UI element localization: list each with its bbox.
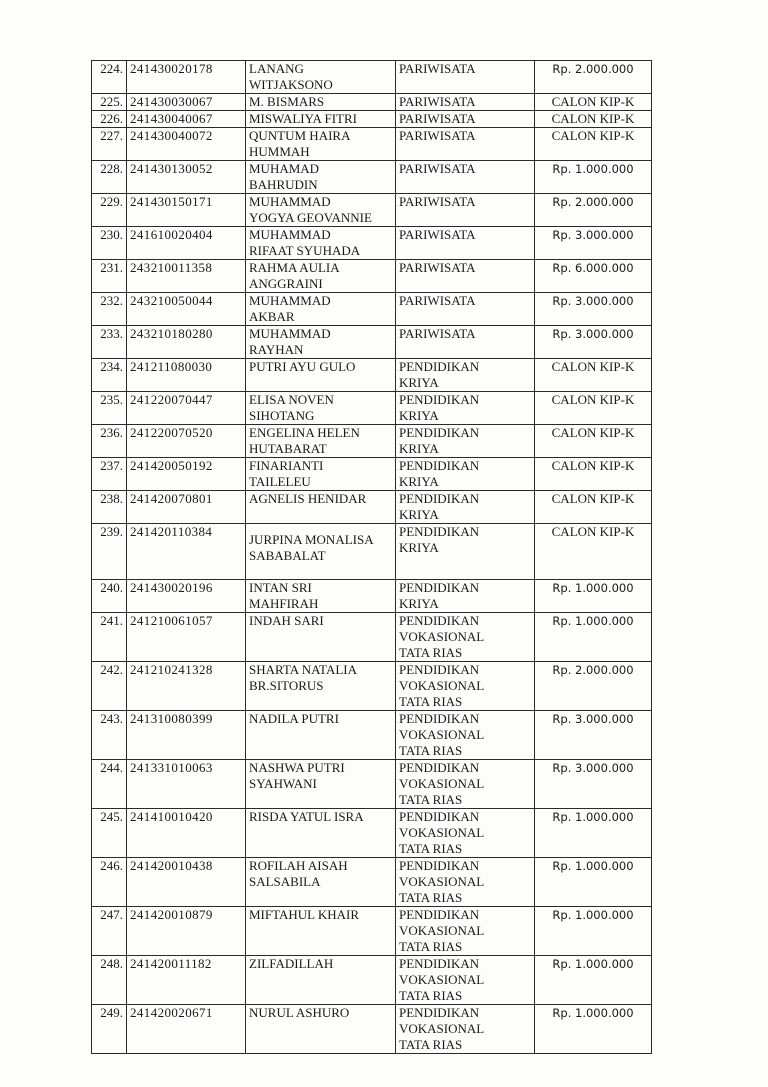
student-name-line: RAYHAN: [249, 342, 392, 358]
row-number: 241.: [92, 613, 127, 662]
row-number-text: 225.: [100, 94, 123, 109]
amount-text: Rp. 1.000.000: [552, 581, 633, 595]
student-name: MUHAMMADRAYHAN: [246, 326, 396, 359]
amount-text: CALON KIP-K: [552, 111, 635, 126]
row-number-text: 246.: [100, 858, 123, 873]
row-number-text: 238.: [100, 491, 123, 506]
student-name-line: SHARTA NATALIA: [249, 662, 392, 678]
study-program-line: VOKASIONAL: [399, 923, 531, 939]
study-program-line: PARIWISATA: [399, 194, 531, 210]
study-program-line: PENDIDIKAN: [399, 580, 531, 596]
table-row: 240.241430020196INTAN SRIMAHFIRAHPENDIDI…: [92, 580, 652, 613]
amount-text: CALON KIP-K: [552, 392, 635, 407]
scholarship-table: 224.241430020178LANANGWITJAKSONOPARIWISA…: [91, 60, 652, 1054]
study-program-line: PARIWISATA: [399, 94, 531, 110]
student-id-text: 241430040067: [130, 111, 213, 126]
study-program-line: KRIYA: [399, 540, 531, 556]
study-program: PENDIDIKANKRIYA: [396, 425, 535, 458]
student-name-line: ROFILAH AISAH: [249, 858, 392, 874]
student-name-line: ENGELINA HELEN: [249, 425, 392, 441]
student-id: 241220070447: [127, 392, 246, 425]
row-number-text: 242.: [100, 662, 123, 677]
study-program-line: PARIWISATA: [399, 111, 531, 127]
student-id-text: 241420020671: [130, 1005, 213, 1020]
study-program: PENDIDIKANVOKASIONALTATA RIAS: [396, 907, 535, 956]
amount-text: CALON KIP-K: [552, 458, 635, 473]
study-program: PENDIDIKANVOKASIONALTATA RIAS: [396, 662, 535, 711]
study-program: PARIWISATA: [396, 94, 535, 111]
study-program: PENDIDIKANVOKASIONALTATA RIAS: [396, 858, 535, 907]
scholarship-amount: CALON KIP-K: [535, 111, 652, 128]
student-id-text: 241211080030: [130, 359, 212, 374]
student-id-text: 241210061057: [130, 613, 213, 628]
student-id: 241430030067: [127, 94, 246, 111]
student-name-line: ELISA NOVEN: [249, 392, 392, 408]
scholarship-amount: Rp. 6.000.000: [535, 260, 652, 293]
study-program-line: PENDIDIKAN: [399, 425, 531, 441]
student-name: RAHMA AULIAANGGRAINI: [246, 260, 396, 293]
student-name: FINARIANTITAILELEU: [246, 458, 396, 491]
scholarship-amount: Rp. 3.000.000: [535, 326, 652, 359]
study-program-line: PENDIDIKAN: [399, 858, 531, 874]
student-name-line: BR.SITORUS: [249, 678, 392, 694]
scholarship-amount: Rp. 3.000.000: [535, 227, 652, 260]
student-id-text: 243210180280: [130, 326, 213, 341]
study-program-line: PENDIDIKAN: [399, 1005, 531, 1021]
row-number: 239.: [92, 524, 127, 580]
student-name-line: MUHAMMAD: [249, 194, 392, 210]
row-number-text: 249.: [100, 1005, 123, 1020]
table-row: 232.243210050044MUHAMMADAKBARPARIWISATAR…: [92, 293, 652, 326]
row-number-text: 236.: [100, 425, 123, 440]
scholarship-amount: Rp. 2.000.000: [535, 61, 652, 94]
row-number-text: 228.: [100, 161, 123, 176]
row-number: 233.: [92, 326, 127, 359]
student-id-text: 241220070520: [130, 425, 213, 440]
student-id-text: 241430030067: [130, 94, 213, 109]
amount-text: Rp. 1.000.000: [552, 859, 633, 873]
scholarship-amount: CALON KIP-K: [535, 359, 652, 392]
student-id: 241420070801: [127, 491, 246, 524]
scholarship-amount: Rp. 1.000.000: [535, 1005, 652, 1054]
student-name: SHARTA NATALIABR.SITORUS: [246, 662, 396, 711]
student-id-text: 241420010438: [130, 858, 213, 873]
student-name-line: BAHRUDIN: [249, 177, 392, 193]
study-program: PENDIDIKANVOKASIONALTATA RIAS: [396, 1005, 535, 1054]
study-program: PENDIDIKANVOKASIONALTATA RIAS: [396, 613, 535, 662]
study-program: PARIWISATA: [396, 111, 535, 128]
student-name-line: MUHAMMAD: [249, 326, 392, 342]
student-id-text: 243210050044: [130, 293, 213, 308]
student-name-line: SALSABILA: [249, 874, 392, 890]
study-program: PARIWISATA: [396, 293, 535, 326]
row-number: 235.: [92, 392, 127, 425]
student-id: 241211080030: [127, 359, 246, 392]
row-number-text: 245.: [100, 809, 123, 824]
study-program-line: PARIWISATA: [399, 260, 531, 276]
student-id-text: 241410010420: [130, 809, 213, 824]
study-program: PENDIDIKANVOKASIONALTATA RIAS: [396, 956, 535, 1005]
student-name: PUTRI AYU GULO: [246, 359, 396, 392]
student-name: INTAN SRIMAHFIRAH: [246, 580, 396, 613]
student-name: MIFTAHUL KHAIR: [246, 907, 396, 956]
student-id-text: 241220070447: [130, 392, 213, 407]
row-number: 234.: [92, 359, 127, 392]
row-number-text: 237.: [100, 458, 123, 473]
row-number: 246.: [92, 858, 127, 907]
study-program-line: VOKASIONAL: [399, 678, 531, 694]
student-id-text: 241610020404: [130, 227, 213, 242]
scholarship-amount: CALON KIP-K: [535, 425, 652, 458]
study-program-line: KRIYA: [399, 375, 531, 391]
student-id: 241220070520: [127, 425, 246, 458]
scholarship-amount: Rp. 1.000.000: [535, 858, 652, 907]
scholarship-amount: Rp. 2.000.000: [535, 662, 652, 711]
study-program-line: PENDIDIKAN: [399, 907, 531, 923]
student-id: 241420050192: [127, 458, 246, 491]
scholarship-amount: Rp. 1.000.000: [535, 161, 652, 194]
student-id: 241430040072: [127, 128, 246, 161]
row-number: 236.: [92, 425, 127, 458]
student-name-line: RISDA YATUL ISRA: [249, 809, 392, 825]
student-id: 241420010879: [127, 907, 246, 956]
row-number-text: 231.: [100, 260, 123, 275]
study-program: PARIWISATA: [396, 194, 535, 227]
row-number-text: 229.: [100, 194, 123, 209]
student-name-line: SABABALAT: [249, 548, 392, 564]
student-name: MUHAMADBAHRUDIN: [246, 161, 396, 194]
study-program-line: PARIWISATA: [399, 61, 531, 77]
student-id-text: 241420011182: [130, 956, 212, 971]
row-number: 229.: [92, 194, 127, 227]
scholarship-amount: Rp. 1.000.000: [535, 613, 652, 662]
student-id-text: 241430040072: [130, 128, 213, 143]
table-row: 249.241420020671NURUL ASHUROPENDIDIKANVO…: [92, 1005, 652, 1054]
amount-text: Rp. 3.000.000: [552, 228, 633, 242]
student-name: MUHAMMADYOGYA GEOVANNIE: [246, 194, 396, 227]
student-name-line: MAHFIRAH: [249, 596, 392, 612]
student-name-line: AKBAR: [249, 309, 392, 325]
table-row: 227.241430040072QUNTUM HAIRAHUMMAHPARIWI…: [92, 128, 652, 161]
student-name-line: WITJAKSONO: [249, 77, 392, 93]
student-name-line: MUHAMAD: [249, 161, 392, 177]
row-number: 238.: [92, 491, 127, 524]
study-program: PARIWISATA: [396, 161, 535, 194]
student-name-line: ANGGRAINI: [249, 276, 392, 292]
table-row: 241.241210061057INDAH SARIPENDIDIKANVOKA…: [92, 613, 652, 662]
row-number-text: 224.: [100, 61, 123, 76]
amount-text: CALON KIP-K: [552, 524, 635, 539]
student-name-line: MUHAMMAD: [249, 227, 392, 243]
row-number: 227.: [92, 128, 127, 161]
row-number-text: 226.: [100, 111, 123, 126]
student-name-line: AGNELIS HENIDAR: [249, 491, 392, 507]
table-row: 233.243210180280MUHAMMADRAYHANPARIWISATA…: [92, 326, 652, 359]
student-name: LANANGWITJAKSONO: [246, 61, 396, 94]
student-name: ELISA NOVENSIHOTANG: [246, 392, 396, 425]
student-id-text: 241420010879: [130, 907, 213, 922]
student-name: MUHAMMADRIFAAT SYUHADA: [246, 227, 396, 260]
table-row: 242.241210241328SHARTA NATALIABR.SITORUS…: [92, 662, 652, 711]
row-number: 245.: [92, 809, 127, 858]
student-name-line: QUNTUM HAIRA: [249, 128, 392, 144]
student-name-line: INTAN SRI: [249, 580, 392, 596]
study-program-line: TATA RIAS: [399, 743, 531, 759]
study-program-line: PENDIDIKAN: [399, 809, 531, 825]
student-id-text: 241430020178: [130, 61, 213, 76]
study-program-line: PENDIDIKAN: [399, 392, 531, 408]
row-number: 244.: [92, 760, 127, 809]
study-program-line: PARIWISATA: [399, 227, 531, 243]
row-number: 231.: [92, 260, 127, 293]
amount-text: Rp. 1.000.000: [552, 810, 633, 824]
student-name-line: MISWALIYA FITRI: [249, 111, 392, 127]
amount-text: CALON KIP-K: [552, 94, 635, 109]
scholarship-amount: Rp. 3.000.000: [535, 711, 652, 760]
row-number-text: 232.: [100, 293, 123, 308]
table-row: 244.241331010063NASHWA PUTRISYAHWANIPEND…: [92, 760, 652, 809]
study-program-line: TATA RIAS: [399, 988, 531, 1004]
row-number-text: 243.: [100, 711, 123, 726]
study-program-line: TATA RIAS: [399, 1037, 531, 1053]
scholarship-amount: Rp. 2.000.000: [535, 194, 652, 227]
amount-text: Rp. 2.000.000: [552, 663, 633, 677]
student-id-text: 241331010063: [130, 760, 213, 775]
student-name-line: LANANG: [249, 61, 392, 77]
student-name: ENGELINA HELENHUTABARAT: [246, 425, 396, 458]
student-id: 243210180280: [127, 326, 246, 359]
row-number: 226.: [92, 111, 127, 128]
study-program: PENDIDIKANKRIYA: [396, 392, 535, 425]
student-id: 241331010063: [127, 760, 246, 809]
student-name-line: SYAHWANI: [249, 776, 392, 792]
study-program: PARIWISATA: [396, 326, 535, 359]
study-program-line: KRIYA: [399, 408, 531, 424]
study-program-line: PENDIDIKAN: [399, 458, 531, 474]
amount-text: CALON KIP-K: [552, 359, 635, 374]
row-number: 230.: [92, 227, 127, 260]
study-program-line: PARIWISATA: [399, 326, 531, 342]
row-number: 225.: [92, 94, 127, 111]
study-program-line: KRIYA: [399, 596, 531, 612]
student-id-text: 241430150171: [130, 194, 213, 209]
row-number: 240.: [92, 580, 127, 613]
student-name-line: M. BISMARS: [249, 94, 392, 110]
scholarship-amount: CALON KIP-K: [535, 491, 652, 524]
study-program: PARIWISATA: [396, 128, 535, 161]
student-name: M. BISMARS: [246, 94, 396, 111]
amount-text: Rp. 3.000.000: [552, 761, 633, 775]
row-number-text: 227.: [100, 128, 123, 143]
row-number-text: 248.: [100, 956, 123, 971]
table-row: 225.241430030067M. BISMARSPARIWISATACALO…: [92, 94, 652, 111]
amount-text: Rp. 1.000.000: [552, 908, 633, 922]
table-row: 230.241610020404MUHAMMADRIFAAT SYUHADAPA…: [92, 227, 652, 260]
study-program-line: VOKASIONAL: [399, 629, 531, 645]
student-id: 241430020178: [127, 61, 246, 94]
study-program: PENDIDIKANKRIYA: [396, 580, 535, 613]
student-name-line: MUHAMMAD: [249, 293, 392, 309]
amount-text: Rp. 1.000.000: [552, 957, 633, 971]
study-program-line: VOKASIONAL: [399, 972, 531, 988]
study-program-line: VOKASIONAL: [399, 874, 531, 890]
student-name: JURPINA MONALISASABABALAT: [246, 524, 396, 580]
student-id: 241420020671: [127, 1005, 246, 1054]
student-name: QUNTUM HAIRAHUMMAH: [246, 128, 396, 161]
table-row: 234.241211080030PUTRI AYU GULOPENDIDIKAN…: [92, 359, 652, 392]
student-id: 241420011182: [127, 956, 246, 1005]
row-number: 249.: [92, 1005, 127, 1054]
student-id: 241430040067: [127, 111, 246, 128]
study-program-line: PENDIDIKAN: [399, 662, 531, 678]
scholarship-amount: Rp. 1.000.000: [535, 956, 652, 1005]
scholarship-amount: Rp. 3.000.000: [535, 293, 652, 326]
table-row: 235.241220070447ELISA NOVENSIHOTANGPENDI…: [92, 392, 652, 425]
study-program-line: KRIYA: [399, 474, 531, 490]
student-name: NADILA PUTRI: [246, 711, 396, 760]
student-id: 241210061057: [127, 613, 246, 662]
scholarship-amount: Rp. 1.000.000: [535, 907, 652, 956]
study-program-line: PENDIDIKAN: [399, 760, 531, 776]
student-id-text: 241420050192: [130, 458, 213, 473]
scholarship-amount: CALON KIP-K: [535, 94, 652, 111]
student-id-text: 241420110384: [130, 524, 212, 539]
study-program-line: VOKASIONAL: [399, 727, 531, 743]
student-name: ZILFADILLAH: [246, 956, 396, 1005]
student-id-text: 241430130052: [130, 161, 213, 176]
student-name-line: RAHMA AULIA: [249, 260, 392, 276]
student-name: AGNELIS HENIDAR: [246, 491, 396, 524]
table-row: 236.241220070520ENGELINA HELENHUTABARATP…: [92, 425, 652, 458]
student-id-text: 241430020196: [130, 580, 213, 595]
amount-text: Rp. 3.000.000: [552, 294, 633, 308]
table-row: 243.241310080399NADILA PUTRIPENDIDIKANVO…: [92, 711, 652, 760]
study-program: PARIWISATA: [396, 61, 535, 94]
study-program: PENDIDIKANKRIYA: [396, 359, 535, 392]
scholarship-amount: CALON KIP-K: [535, 458, 652, 491]
document-page: 224.241430020178LANANGWITJAKSONOPARIWISA…: [0, 0, 768, 1087]
study-program-line: PENDIDIKAN: [399, 491, 531, 507]
student-name-line: HUTABARAT: [249, 441, 392, 457]
student-name-line: NASHWA PUTRI: [249, 760, 392, 776]
table-row: 247.241420010879MIFTAHUL KHAIRPENDIDIKAN…: [92, 907, 652, 956]
scholarship-amount: Rp. 1.000.000: [535, 580, 652, 613]
row-number-text: 230.: [100, 227, 123, 242]
amount-text: Rp. 1.000.000: [552, 162, 633, 176]
row-number: 224.: [92, 61, 127, 94]
student-name-line: NADILA PUTRI: [249, 711, 392, 727]
scholarship-amount: CALON KIP-K: [535, 392, 652, 425]
study-program: PARIWISATA: [396, 227, 535, 260]
amount-text: Rp. 1.000.000: [552, 614, 633, 628]
study-program: PENDIDIKANVOKASIONALTATA RIAS: [396, 809, 535, 858]
table-row: 237.241420050192FINARIANTITAILELEUPENDID…: [92, 458, 652, 491]
table-row: 238.241420070801AGNELIS HENIDARPENDIDIKA…: [92, 491, 652, 524]
study-program: PENDIDIKANKRIYA: [396, 524, 535, 580]
student-id: 241420110384: [127, 524, 246, 580]
scholarship-amount: CALON KIP-K: [535, 524, 652, 580]
student-name-line: HUMMAH: [249, 144, 392, 160]
amount-text: Rp. 2.000.000: [552, 195, 633, 209]
student-name-line: SIHOTANG: [249, 408, 392, 424]
table-row: 229.241430150171MUHAMMADYOGYA GEOVANNIEP…: [92, 194, 652, 227]
study-program-line: VOKASIONAL: [399, 1021, 531, 1037]
scholarship-amount: CALON KIP-K: [535, 128, 652, 161]
row-number-text: 241.: [100, 613, 123, 628]
row-number-text: 235.: [100, 392, 123, 407]
row-number-text: 247.: [100, 907, 123, 922]
student-name: RISDA YATUL ISRA: [246, 809, 396, 858]
study-program-line: VOKASIONAL: [399, 776, 531, 792]
student-id: 241420010438: [127, 858, 246, 907]
student-name: NURUL ASHURO: [246, 1005, 396, 1054]
study-program-line: TATA RIAS: [399, 694, 531, 710]
student-id-text: 241310080399: [130, 711, 213, 726]
student-name: MISWALIYA FITRI: [246, 111, 396, 128]
student-id: 241210241328: [127, 662, 246, 711]
row-number: 232.: [92, 293, 127, 326]
student-id-text: 241420070801: [130, 491, 213, 506]
study-program-line: TATA RIAS: [399, 841, 531, 857]
study-program-line: PARIWISATA: [399, 293, 531, 309]
row-number: 242.: [92, 662, 127, 711]
amount-text: Rp. 6.000.000: [552, 261, 633, 275]
student-name-line: YOGYA GEOVANNIE: [249, 210, 392, 226]
student-name: MUHAMMADAKBAR: [246, 293, 396, 326]
table-row: 246.241420010438ROFILAH AISAHSALSABILAPE…: [92, 858, 652, 907]
row-number-text: 234.: [100, 359, 123, 374]
table-row: 245.241410010420RISDA YATUL ISRAPENDIDIK…: [92, 809, 652, 858]
study-program-line: PARIWISATA: [399, 128, 531, 144]
study-program-line: KRIYA: [399, 507, 531, 523]
student-id: 241610020404: [127, 227, 246, 260]
student-id: 241430020196: [127, 580, 246, 613]
student-name-line: JURPINA MONALISA: [249, 532, 392, 548]
study-program: PARIWISATA: [396, 260, 535, 293]
student-id-text: 243210011358: [130, 260, 212, 275]
student-name-line: NURUL ASHURO: [249, 1005, 392, 1021]
row-number: 228.: [92, 161, 127, 194]
study-program-line: TATA RIAS: [399, 890, 531, 906]
student-id: 241430150171: [127, 194, 246, 227]
study-program-line: KRIYA: [399, 441, 531, 457]
scholarship-amount: Rp. 3.000.000: [535, 760, 652, 809]
study-program-line: PENDIDIKAN: [399, 711, 531, 727]
student-id: 243210011358: [127, 260, 246, 293]
study-program: PENDIDIKANVOKASIONALTATA RIAS: [396, 760, 535, 809]
study-program-line: TATA RIAS: [399, 939, 531, 955]
student-name-line: MIFTAHUL KHAIR: [249, 907, 392, 923]
table-row: 231.243210011358RAHMA AULIAANGGRAINIPARI…: [92, 260, 652, 293]
study-program: PENDIDIKANVOKASIONALTATA RIAS: [396, 711, 535, 760]
student-id: 243210050044: [127, 293, 246, 326]
amount-text: CALON KIP-K: [552, 491, 635, 506]
row-number-text: 239.: [100, 524, 123, 539]
student-name: NASHWA PUTRISYAHWANI: [246, 760, 396, 809]
student-name: INDAH SARI: [246, 613, 396, 662]
row-number-text: 240.: [100, 580, 123, 595]
student-id-text: 241210241328: [130, 662, 213, 677]
row-number: 247.: [92, 907, 127, 956]
student-id: 241430130052: [127, 161, 246, 194]
table-body: 224.241430020178LANANGWITJAKSONOPARIWISA…: [92, 61, 652, 1054]
study-program: PENDIDIKANKRIYA: [396, 491, 535, 524]
amount-text: CALON KIP-K: [552, 128, 635, 143]
scholarship-amount: Rp. 1.000.000: [535, 809, 652, 858]
table-row: 248.241420011182ZILFADILLAHPENDIDIKANVOK…: [92, 956, 652, 1005]
amount-text: Rp. 2.000.000: [552, 62, 633, 76]
student-name: ROFILAH AISAHSALSABILA: [246, 858, 396, 907]
